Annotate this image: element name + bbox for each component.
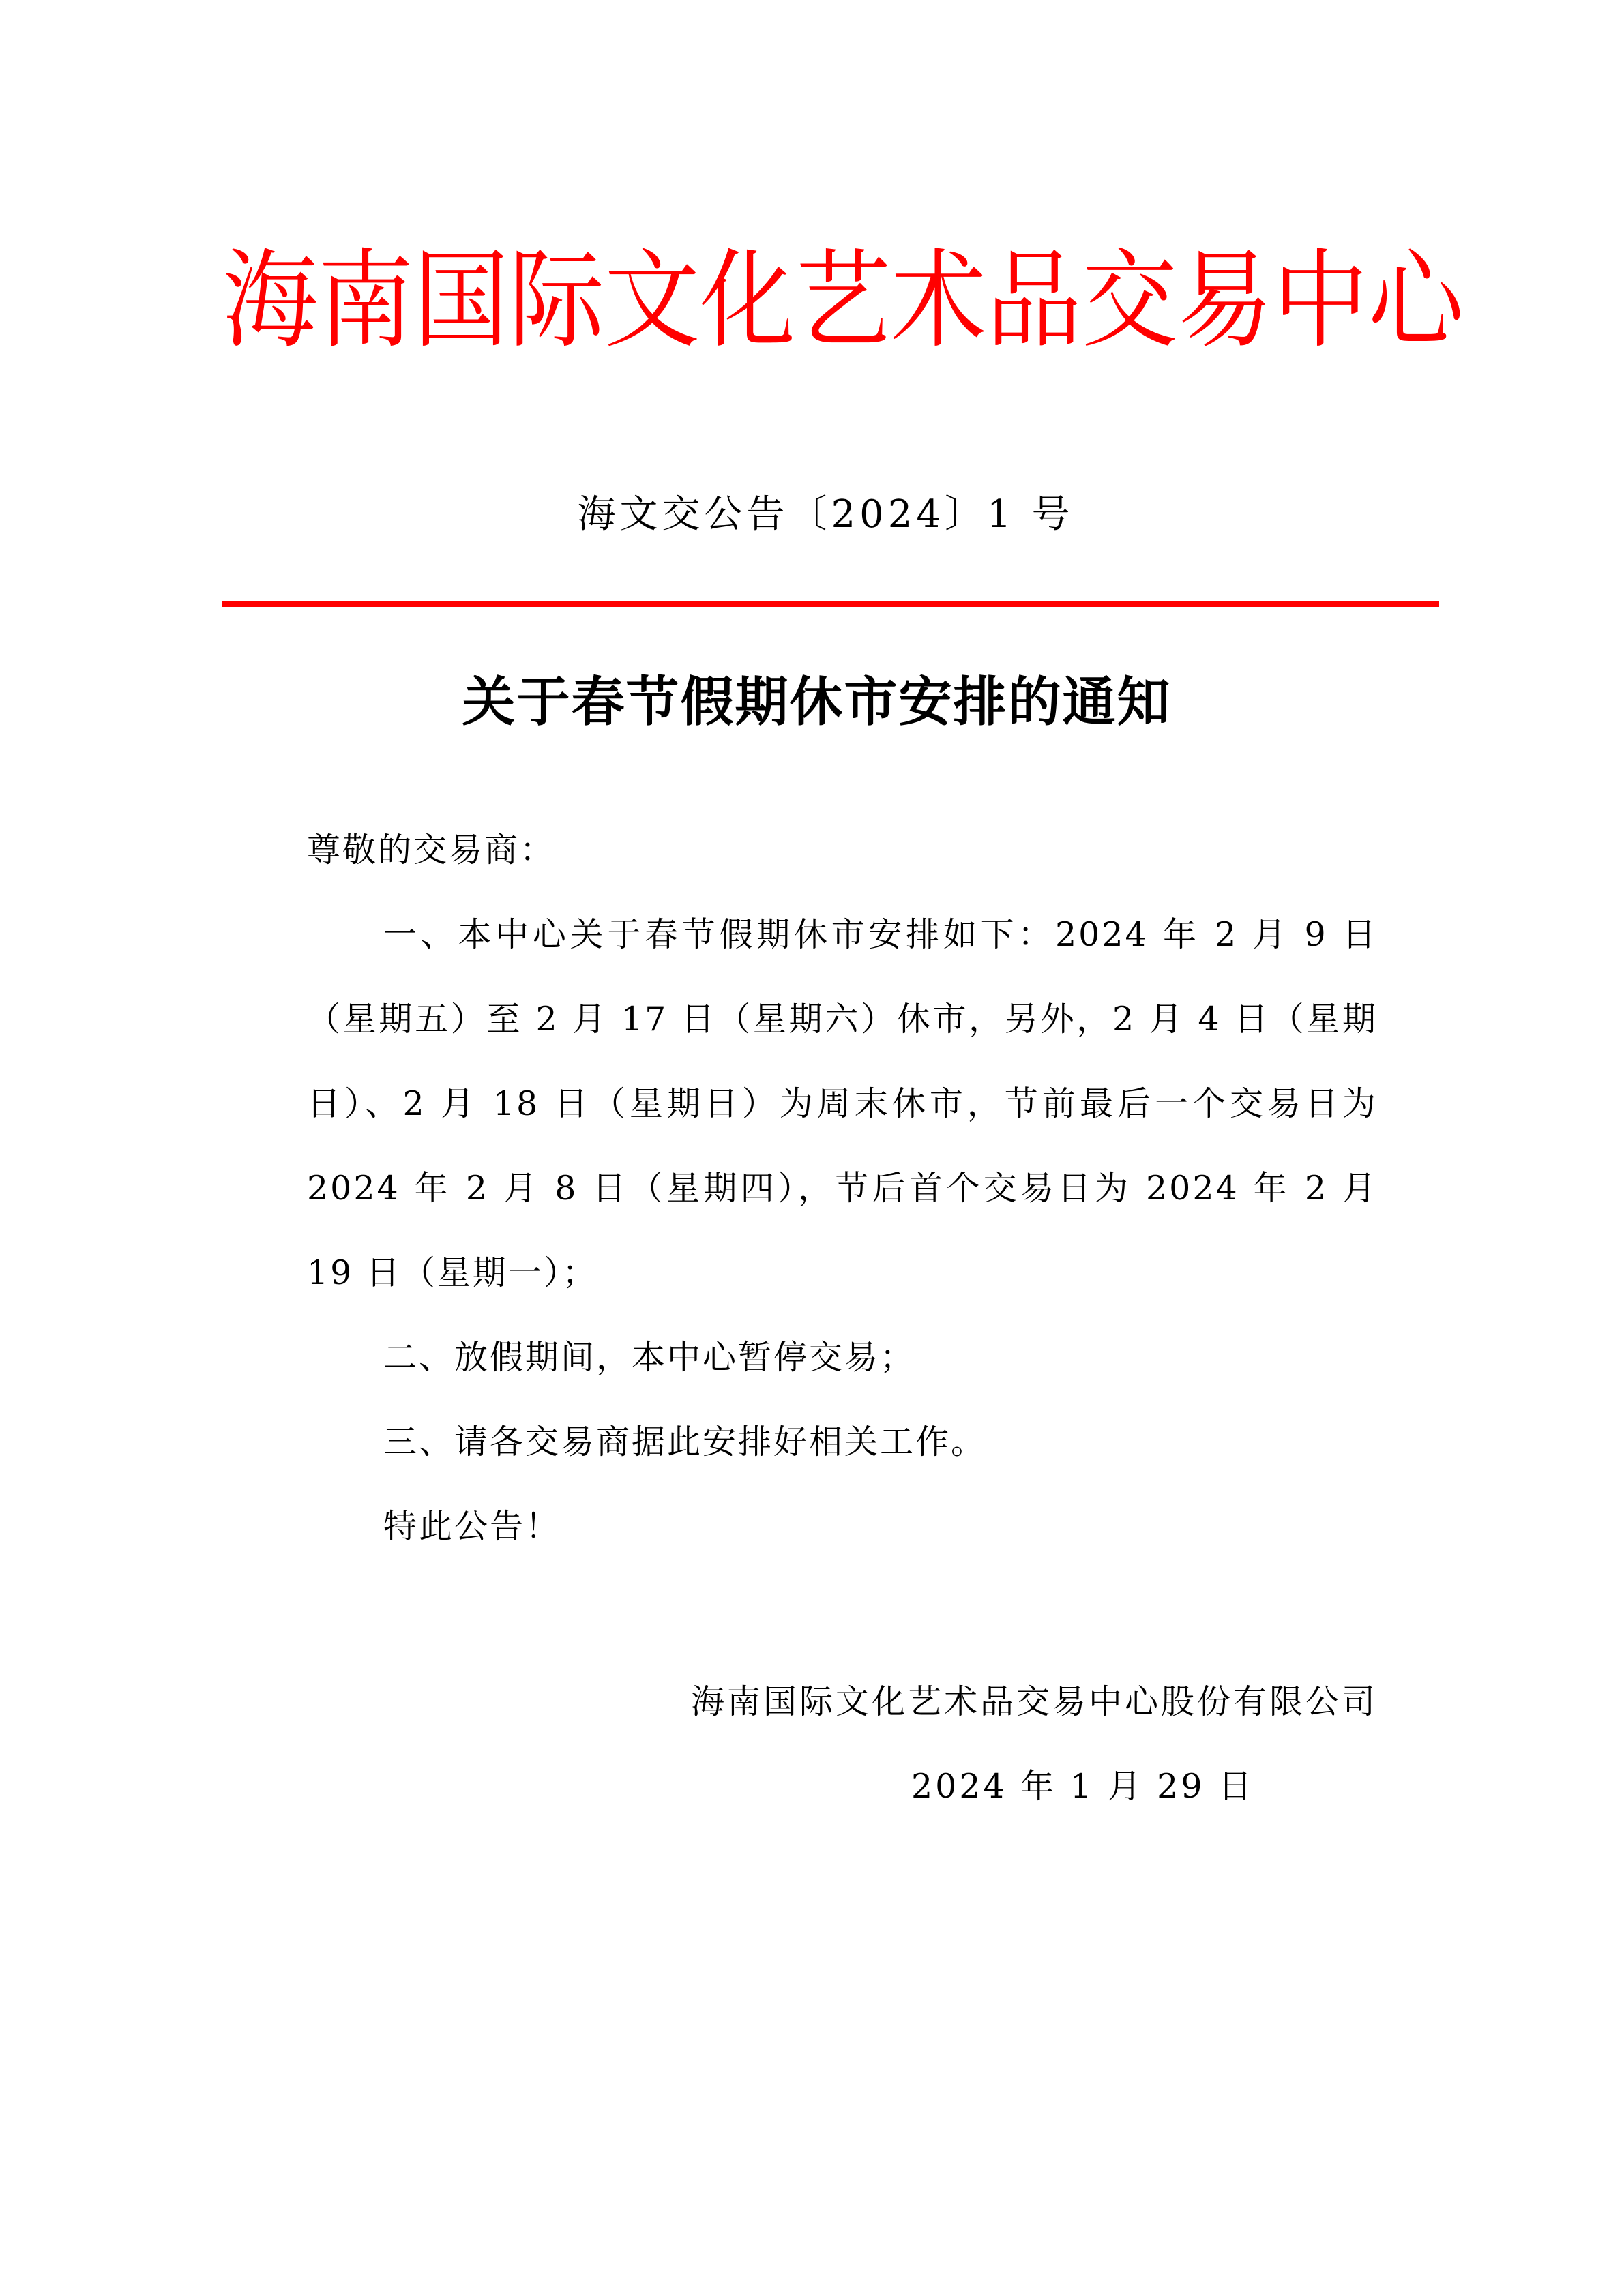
title-char: 心 bbox=[1368, 233, 1464, 370]
closing-remark: 特此公告！ bbox=[307, 1485, 1378, 1569]
notice-body: 尊敬的交易商： 一、本中心关于春节假期休市安排如下：2024 年 2 月 9 日… bbox=[307, 808, 1378, 1569]
document-page: 海 南 国 际 文 化 艺 术 品 交 易 中 心 海文交公告〔2024〕1 号… bbox=[0, 0, 1624, 2296]
paragraph-item-3: 三、请各交易商据此安排好相关工作。 bbox=[307, 1400, 1378, 1485]
title-char: 术 bbox=[891, 233, 986, 370]
notice-title: 关于春节假期休市安排的通知 bbox=[0, 661, 1624, 743]
signature-company: 海南国际文化艺术品交易中心股份有限公司 bbox=[307, 1660, 1378, 1744]
salutation: 尊敬的交易商： bbox=[307, 808, 1378, 893]
organization-title: 海 南 国 际 文 化 艺 术 品 交 易 中 心 bbox=[222, 233, 1439, 370]
title-char: 南 bbox=[318, 233, 413, 370]
title-char: 国 bbox=[413, 233, 509, 370]
document-number: 海文交公告〔2024〕1 号 bbox=[0, 488, 1624, 542]
title-char: 中 bbox=[1273, 233, 1368, 370]
paragraph-item-1: 一、本中心关于春节假期休市安排如下：2024 年 2 月 9 日（星期五）至 2… bbox=[307, 893, 1378, 1315]
title-char: 化 bbox=[700, 233, 795, 370]
red-divider-rule bbox=[222, 601, 1439, 607]
title-char: 易 bbox=[1177, 233, 1273, 370]
title-char: 海 bbox=[222, 233, 318, 370]
title-char: 艺 bbox=[795, 233, 891, 370]
title-char: 文 bbox=[604, 233, 700, 370]
title-char: 交 bbox=[1082, 233, 1177, 370]
title-char: 品 bbox=[986, 233, 1082, 370]
paragraph-item-2: 二、放假期间，本中心暂停交易； bbox=[307, 1315, 1378, 1400]
signature-date: 2024 年 1 月 29 日 bbox=[911, 1744, 1254, 1829]
title-char: 际 bbox=[509, 233, 604, 370]
